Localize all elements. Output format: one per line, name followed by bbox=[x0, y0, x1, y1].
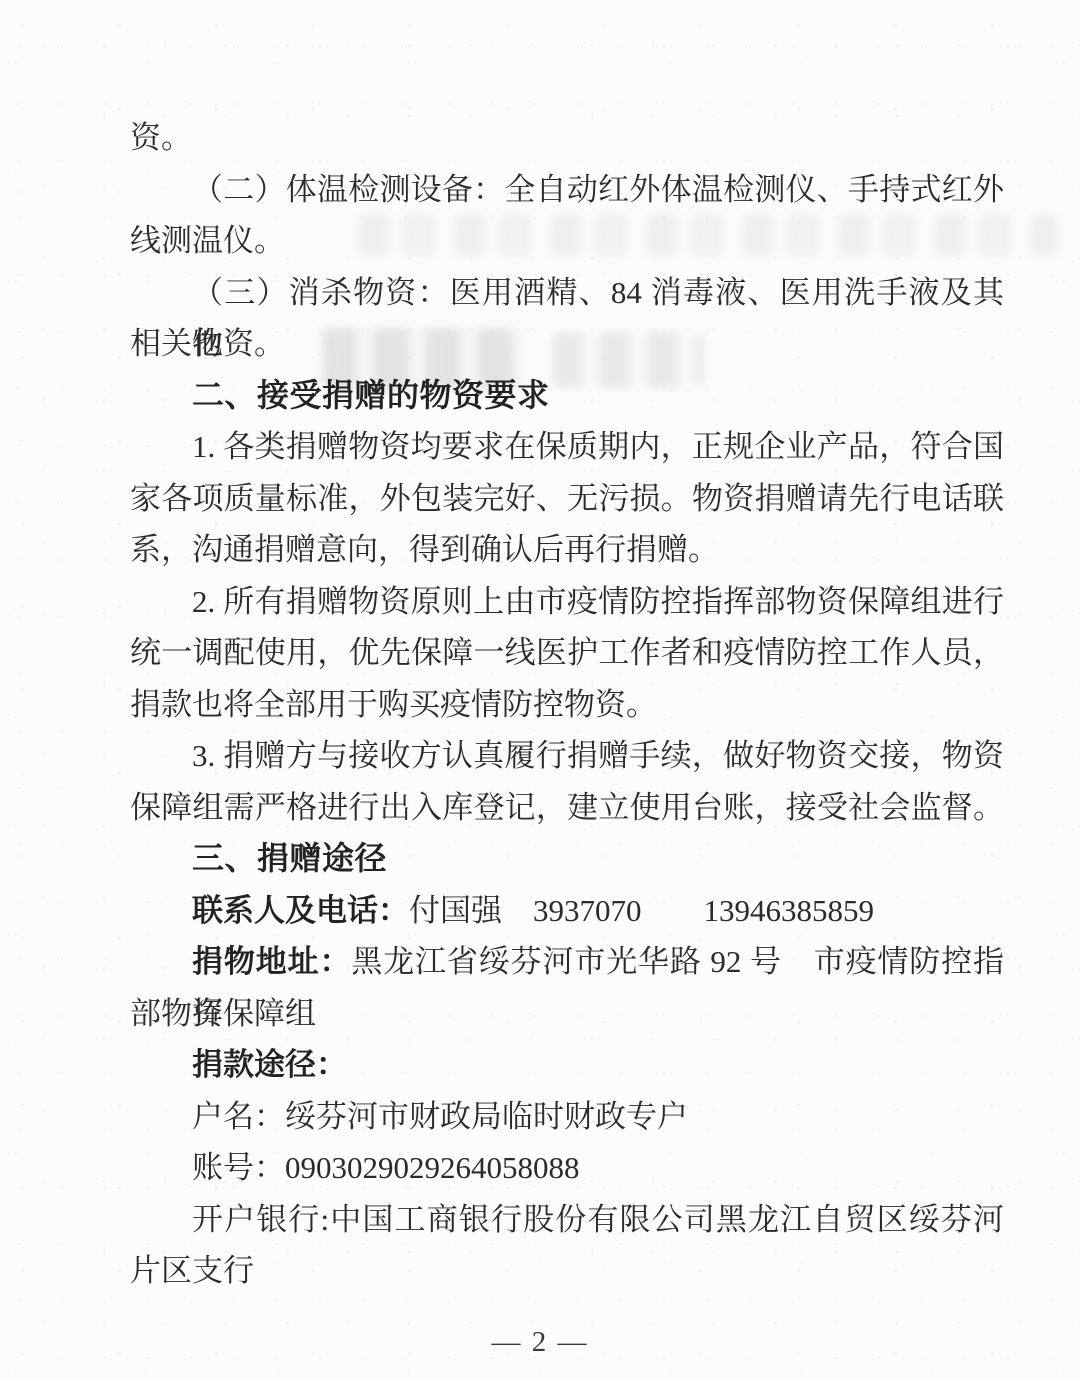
text-line: 部物资保障组 bbox=[130, 988, 1004, 1040]
bank-line: 开户银行:中国工商银行股份有限公司黑龙江自贸区绥芬河 bbox=[130, 1194, 1004, 1246]
document-body: 资。 （二）体温检测设备：全自动红外体温检测仪、手持式红外 线测温仪。 （三）消… bbox=[130, 112, 1004, 1297]
text-line: 相关物资。 bbox=[130, 318, 1004, 370]
text-line: 捐款途径： bbox=[130, 1039, 1004, 1091]
text-line: 保障组需严格进行出入库登记，建立使用台账，接受社会监督。 bbox=[130, 782, 1004, 834]
text-line: （二）体温检测设备：全自动红外体温检测仪、手持式红外 bbox=[130, 164, 1004, 216]
text-line: 3. 捐赠方与接收方认真履行捐赠手续，做好物资交接，物资 bbox=[130, 730, 1004, 782]
section-heading: 三、捐赠途径 bbox=[130, 833, 1004, 885]
account-number-line: 账号：0903029029264058088 bbox=[130, 1142, 1004, 1194]
text-line: 1. 各类捐赠物资均要求在保质期内，正规企业产品，符合国 bbox=[130, 421, 1004, 473]
contact-line: 联系人及电话：付国强 3937070 13946385859 bbox=[130, 885, 1004, 937]
field-value: 付国强 3937070 13946385859 bbox=[409, 893, 874, 928]
section-heading: 二、接受捐赠的物资要求 bbox=[130, 370, 1004, 422]
text-line: 系，沟通捐赠意向，得到确认后再行捐赠。 bbox=[130, 524, 1004, 576]
scanned-document-page: 资。 （二）体温检测设备：全自动红外体温检测仪、手持式红外 线测温仪。 （三）消… bbox=[0, 0, 1080, 1378]
field-label: 捐款途径： bbox=[192, 1047, 347, 1082]
text-line: 统一调配使用，优先保障一线医护工作者和疫情防控工作人员， bbox=[130, 627, 1004, 679]
text-line: 家各项质量标准，外包装完好、无污损。物资捐赠请先行电话联 bbox=[130, 473, 1004, 525]
text-line: 资。 bbox=[130, 112, 1004, 164]
text-line: 捐款也将全部用于购买疫情防控物资。 bbox=[130, 679, 1004, 731]
account-name-line: 户名：绥芬河市财政局临时财政专户 bbox=[130, 1091, 1004, 1143]
field-label: 联系人及电话： bbox=[192, 893, 409, 928]
address-line: 捐物地址：黑龙江省绥芬河市光华路 92 号 市疫情防控指挥 bbox=[130, 936, 1004, 988]
field-label: 捐物地址： bbox=[192, 944, 351, 979]
text-line: （三）消杀物资：医用酒精、84 消毒液、医用洗手液及其他 bbox=[130, 267, 1004, 319]
text-line: 片区支行 bbox=[130, 1245, 1004, 1297]
text-line: 2. 所有捐赠物资原则上由市疫情防控指挥部物资保障组进行 bbox=[130, 576, 1004, 628]
text-line: 线测温仪。 bbox=[130, 215, 1004, 267]
page-number: — 2 — bbox=[0, 1326, 1080, 1359]
